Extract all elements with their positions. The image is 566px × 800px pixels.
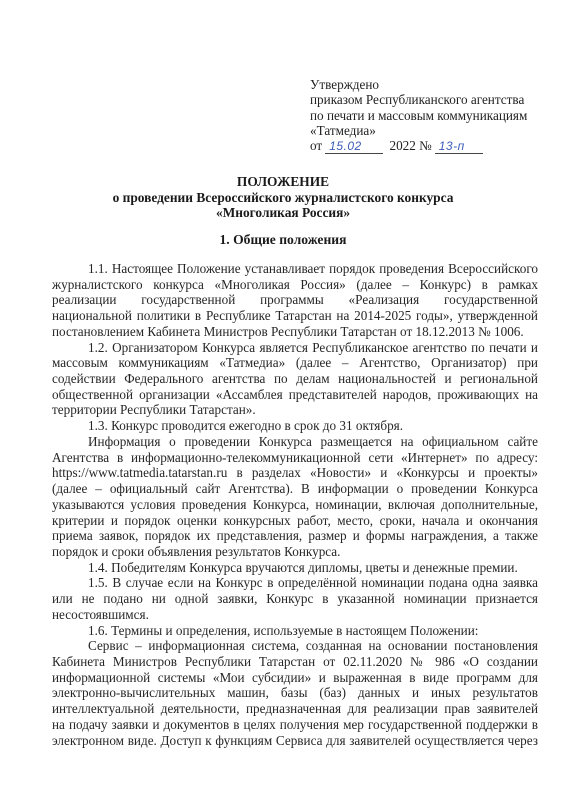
paragraph-line: национальной политики в Республике Татар… xyxy=(52,308,538,324)
paragraph-line: содействии Федерального агентства по дел… xyxy=(52,371,538,387)
year-number-label: 2022 № xyxy=(389,138,431,153)
handwritten-order-number: 13-п xyxy=(435,140,483,154)
title-subheading: о проведении Всероссийского журналистско… xyxy=(0,190,566,206)
paragraph-line: информационной системы «Мои субсидии» и … xyxy=(52,670,538,686)
paragraph-line: (далее – официальный сайт Агентства). В … xyxy=(52,481,538,497)
paragraph-line: журналистского конкурса «Многоликая Росс… xyxy=(52,277,538,293)
paragraph-line: реализации государственной программы «Ре… xyxy=(52,292,538,308)
approval-line: «Татмедиа» xyxy=(310,123,550,138)
paragraph-line: 1.5. В случае если на Конкурс в определё… xyxy=(52,575,538,591)
paragraph-line: 1.2. Организатором Конкурса является Рес… xyxy=(52,340,538,356)
paragraph-line: 1.1. Настоящее Положение устанавливает п… xyxy=(52,261,538,277)
paragraph-line: порядок и сроки объявления результатов К… xyxy=(52,544,538,560)
approval-stamp-block: Утверждено приказом Республиканского аге… xyxy=(310,77,550,154)
document-body: 1.1. Настоящее Положение устанавливает п… xyxy=(52,261,538,748)
paragraph-line: массовым коммуникациям «Татмедиа» (далее… xyxy=(52,355,538,371)
paragraph-line: Информация о проведении Конкурса размеща… xyxy=(52,434,538,450)
paragraph-line: территории Республики Татарстан». xyxy=(52,402,538,418)
approval-line: по печати и массовым коммуникациям xyxy=(310,108,550,123)
paragraph-line: интеллектуальной деятельности, предназна… xyxy=(52,701,538,717)
paragraph-line: несостоявшимся. xyxy=(52,607,538,623)
paragraph-line: общественной организации «Ассамблея пред… xyxy=(52,387,538,403)
section-heading: 1. Общие положения xyxy=(0,232,566,248)
paragraph-line: https://www.tatmedia.tatarstan.ru в разд… xyxy=(52,465,538,481)
paragraph-line: постановлением Кабинета Министров Респуб… xyxy=(52,324,538,340)
paragraph-line: 1.6. Термины и определения, используемые… xyxy=(52,623,538,639)
paragraph-line: или не подано ни одной заявки, Конкурс в… xyxy=(52,591,538,607)
date-prefix: от xyxy=(310,138,322,153)
document-title: ПОЛОЖЕНИЕ о проведении Всероссийского жу… xyxy=(0,174,566,221)
paragraph-line: Сервис – информационная система, созданн… xyxy=(52,638,538,654)
paragraph-line: указываются условия проведения Конкурса,… xyxy=(52,497,538,513)
approval-line: Утверждено xyxy=(310,77,550,92)
paragraph-line: 1.3. Конкурс проводится ежегодно в срок … xyxy=(52,418,538,434)
title-contest-name: «Многоликая Россия» xyxy=(0,205,566,221)
handwritten-date: 15.02 xyxy=(325,140,383,154)
approval-line: приказом Республиканского агентства xyxy=(310,92,550,107)
paragraph-line: критерии и порядок оценки конкурсных раб… xyxy=(52,513,538,529)
paragraph-line: приема заявок, порядок их представления,… xyxy=(52,528,538,544)
paragraph-line: электронно-вычислительных машин, базы (б… xyxy=(52,685,538,701)
approval-date-line: от15.02 2022 №13-п xyxy=(310,138,550,154)
paragraph-line: на подачу заявки и документов в целях по… xyxy=(52,717,538,733)
paragraph-line: 1.4. Победителям Конкурса вручаются дипл… xyxy=(52,560,538,576)
paragraph-line: Агентства в информационно-телекоммуникац… xyxy=(52,450,538,466)
paragraph-line: Кабинета Министров Республики Татарстан … xyxy=(52,654,538,670)
paragraph-line: электронном виде. Доступ к функциям Серв… xyxy=(52,733,538,749)
title-heading: ПОЛОЖЕНИЕ xyxy=(0,174,566,190)
